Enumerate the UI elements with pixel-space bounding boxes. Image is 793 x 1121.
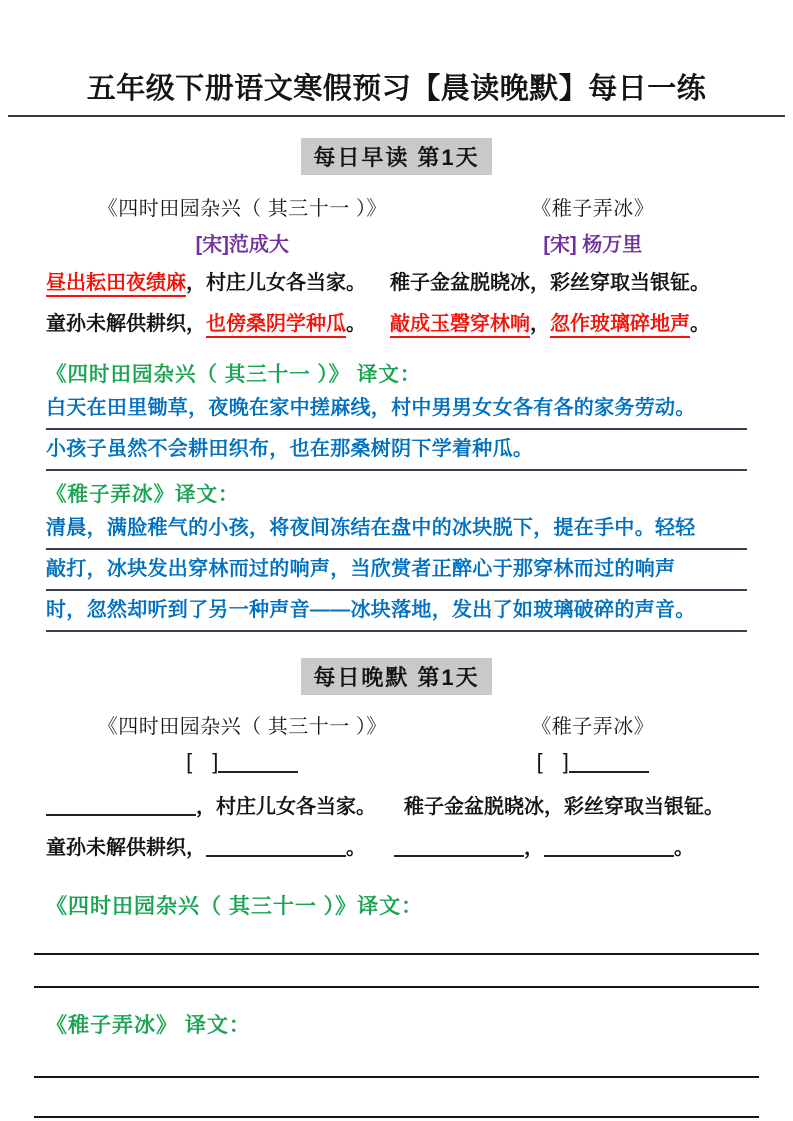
- verse-seg-highlight: 昼出耘田夜绩麻: [46, 272, 186, 294]
- translation2-heading: 《稚子弄冰》译文：: [46, 481, 747, 509]
- page-title: 五年级下册语文寒假预习【晨读晚默】每日一练: [46, 0, 747, 106]
- ruled-line: [34, 986, 759, 988]
- translation1-line-1: 白天在田里锄草，夜晚在家中搓麻线，村中男男女女各有各的家务劳动。: [46, 389, 747, 430]
- verse-seg: ，村庄儿女各当家。: [186, 272, 366, 294]
- author-blank-left: []: [46, 749, 439, 785]
- verse-line-1: 昼出耘田夜绩麻，村庄儿女各当家。稚子金盆脱晓冰，彩丝穿取当银钲。: [46, 263, 747, 304]
- dictation-punct: 。: [674, 837, 694, 859]
- evening-translation2-heading: 《稚子弄冰》 译文：: [46, 1012, 747, 1040]
- evening-poem2-title: 《稚子弄冰》: [439, 713, 747, 741]
- author-blank-row: [] []: [46, 749, 747, 785]
- translation2-line-1: 清晨，满脸稚气的小孩，将夜间冻结在盘中的冰块脱下，提在手中。轻轻: [46, 509, 747, 550]
- dictation-punct: ，: [524, 837, 544, 859]
- morning-authors-row: [宋]范成大 [宋] 杨万里: [46, 231, 747, 259]
- translation1-heading: 《四时田园杂兴（ 其三十一 ）》 译文：: [46, 361, 747, 389]
- dictation-seg: 童孙未解供耕织，: [46, 837, 206, 859]
- verse-seg: 。: [346, 313, 366, 335]
- evening-poem1-title: 《四时田园杂兴（ 其三十一 ）》: [46, 713, 439, 741]
- bracket-open: [: [537, 749, 543, 774]
- dictation-punct: 。: [346, 837, 366, 859]
- dictation-blank: [394, 837, 524, 857]
- evening-section-label: 每日晚默 第1天: [301, 658, 491, 695]
- verse-seg-highlight: 也傍桑阴学种瓜: [206, 313, 346, 335]
- dictation-blank: [544, 837, 674, 857]
- dictation-blank: [206, 837, 346, 857]
- verse-line-2: 童孙未解供耕织，也傍桑阴学种瓜。敲成玉磬穿林响，忽作玻璃碎地声。: [46, 304, 747, 345]
- title-divider: [8, 115, 785, 117]
- answer-blank-line: [218, 749, 298, 773]
- verse-seg: 童孙未解供耕织，: [46, 313, 206, 335]
- dictation-seg: ，村庄儿女各当家。: [196, 796, 376, 818]
- poem1-title: 《四时田园杂兴（ 其三十一 ）》: [46, 195, 439, 223]
- dictation-seg: 稚子金盆脱晓冰，彩丝穿取当银钲。: [404, 796, 724, 818]
- evening-poem-titles-row: 《四时田园杂兴（ 其三十一 ）》 《稚子弄冰》: [46, 713, 747, 741]
- translation2-line-2: 敲打，冰块发出穿林而过的响声，当欣赏者正醉心于那穿林而过的响声: [46, 550, 747, 591]
- dictation-line-1: ，村庄儿女各当家。稚子金盆脱晓冰，彩丝穿取当银钲。: [46, 787, 747, 828]
- author-blank-right: []: [439, 749, 747, 785]
- ruled-line: [34, 1076, 759, 1078]
- dictation-line-2: 童孙未解供耕织，。，。: [46, 828, 747, 869]
- verse-seg-highlight: 忽作玻璃碎地声: [550, 313, 690, 335]
- dictation-blank: [46, 796, 196, 816]
- morning-verse: 昼出耘田夜绩麻，村庄儿女各当家。稚子金盆脱晓冰，彩丝穿取当银钲。 童孙未解供耕织…: [46, 263, 747, 345]
- translation2-line-3: 时，忽然却听到了另一种声音——冰块落地，发出了如玻璃破碎的声音。: [46, 591, 747, 632]
- answer-blank-line: [569, 749, 649, 773]
- poem2-author: [宋] 杨万里: [439, 231, 747, 259]
- worksheet-page: 五年级下册语文寒假预习【晨读晚默】每日一练 每日早读 第1天 《四时田园杂兴（ …: [0, 0, 793, 1121]
- morning-section-label: 每日早读 第1天: [301, 138, 491, 175]
- morning-poem-titles-row: 《四时田园杂兴（ 其三十一 ）》 《稚子弄冰》: [46, 195, 747, 223]
- evening-section-header: 每日晚默 第1天: [46, 658, 747, 695]
- bracket-open: [: [186, 749, 192, 774]
- poem2-title: 《稚子弄冰》: [439, 195, 747, 223]
- ruled-line: [34, 953, 759, 955]
- evening-translation1-heading: 《四时田园杂兴（ 其三十一 ）》译文：: [46, 893, 747, 921]
- verse-seg: 稚子金盆脱晓冰，彩丝穿取当银钲。: [390, 272, 710, 294]
- ruled-line: [34, 1116, 759, 1118]
- verse-seg-highlight: 敲成玉磬穿林响: [390, 313, 530, 335]
- morning-section-header: 每日早读 第1天: [46, 138, 747, 175]
- verse-seg: 。: [690, 313, 710, 335]
- poem1-author: [宋]范成大: [46, 231, 439, 259]
- dictation-block: ，村庄儿女各当家。稚子金盆脱晓冰，彩丝穿取当银钲。 童孙未解供耕织，。，。: [46, 787, 747, 869]
- translation1-line-2: 小孩子虽然不会耕田织布，也在那桑树阴下学着种瓜。: [46, 430, 747, 471]
- verse-seg: ，: [530, 313, 550, 335]
